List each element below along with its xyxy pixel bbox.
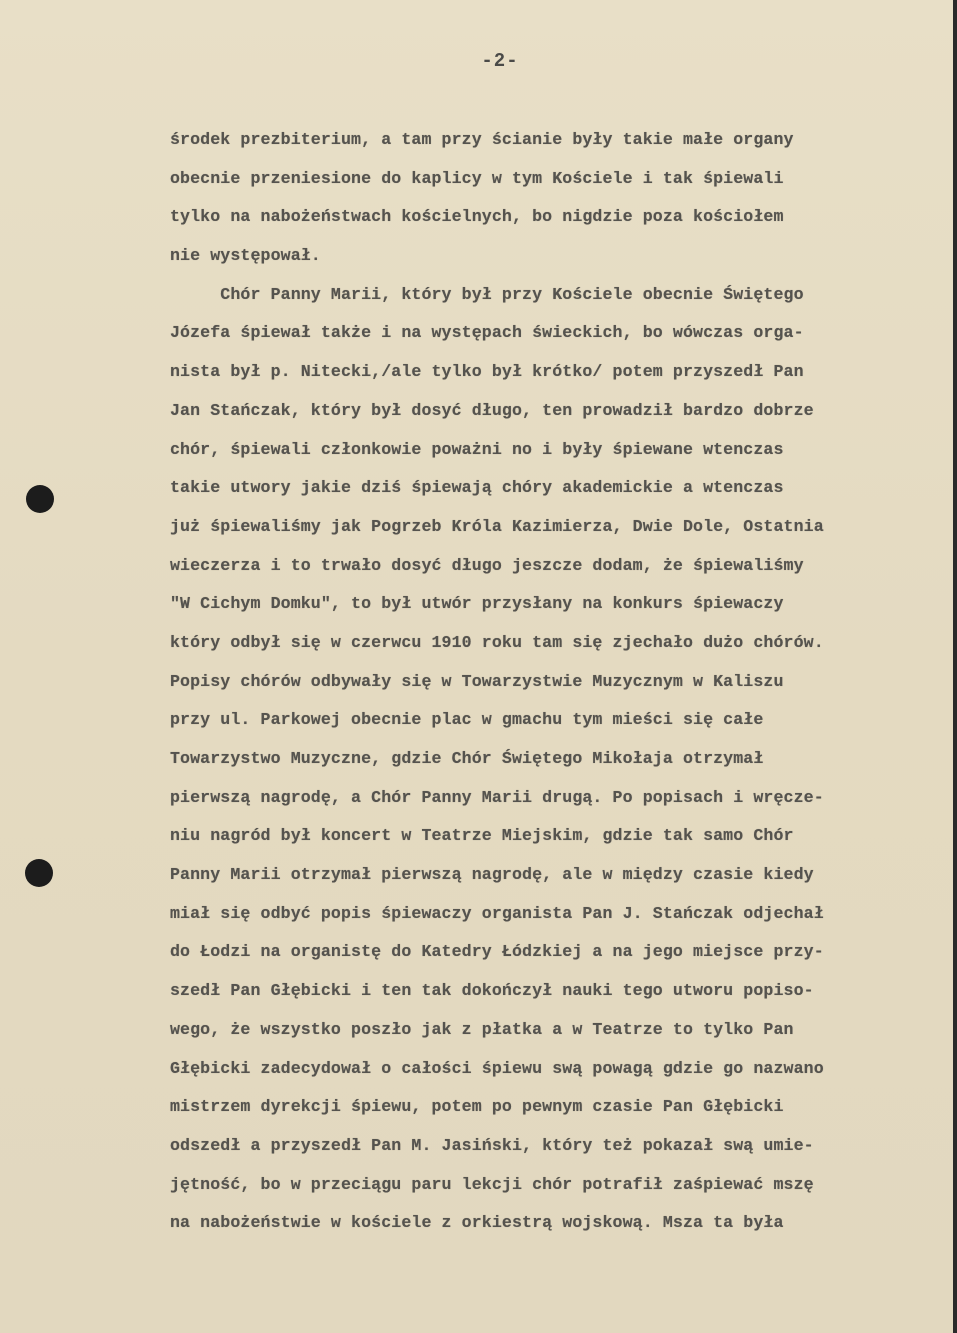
text-line: Jan Stańczak, który był dosyć długo, ten…	[170, 398, 940, 437]
text-line: wieczerza i to trwało dosyć długo jeszcz…	[170, 553, 940, 592]
text-line: Chór Panny Marii, który był przy Kościel…	[170, 282, 940, 321]
text-line: wego, że wszystko poszło jak z płatka a …	[170, 1017, 940, 1056]
text-line: Panny Marii otrzymał pierwszą nagrodę, a…	[170, 862, 940, 901]
text-line: Głębicki zadecydował o całości śpiewu sw…	[170, 1056, 940, 1095]
text-line: nista był p. Nitecki,/ale tylko był krót…	[170, 359, 940, 398]
text-line: takie utwory jakie dziś śpiewają chóry a…	[170, 475, 940, 514]
text-line: Towarzystwo Muzyczne, gdzie Chór Święteg…	[170, 746, 940, 785]
text-line: miał się odbyć popis śpiewaczy organista…	[170, 901, 940, 940]
typewritten-page: -2- środek prezbiterium, a tam przy ścia…	[0, 0, 957, 1333]
text-line: środek prezbiterium, a tam przy ścianie …	[170, 127, 940, 166]
text-line: Popisy chórów odbywały się w Towarzystwi…	[170, 669, 940, 708]
text-line: już śpiewaliśmy jak Pogrzeb Króla Kazimi…	[170, 514, 940, 553]
text-line: "W Cichym Domku", to był utwór przysłany…	[170, 591, 940, 630]
text-line: obecnie przeniesione do kaplicy w tym Ko…	[170, 166, 940, 205]
punch-hole-top	[26, 485, 54, 513]
text-line: pierwszą nagrodę, a Chór Panny Marii dru…	[170, 785, 940, 824]
text-line: przy ul. Parkowej obecnie plac w gmachu …	[170, 707, 940, 746]
text-line: niu nagród był koncert w Teatrze Miejski…	[170, 823, 940, 862]
text-line: chór, śpiewali członkowie poważni no i b…	[170, 437, 940, 476]
page-edge-shadow	[953, 0, 957, 1333]
page-number: -2-	[0, 50, 957, 72]
text-line: który odbył się w czerwcu 1910 roku tam …	[170, 630, 940, 669]
punch-hole-bottom	[25, 859, 53, 887]
text-line: tylko na nabożeństwach kościelnych, bo n…	[170, 204, 940, 243]
text-line: do Łodzi na organistę do Katedry Łódzkie…	[170, 939, 940, 978]
text-line: Józefa śpiewał także i na występach świe…	[170, 320, 940, 359]
text-line: szedł Pan Głębicki i ten tak dokończył n…	[170, 978, 940, 1017]
text-line: jętność, bo w przeciągu paru lekcji chór…	[170, 1172, 940, 1211]
text-line: nie występował.	[170, 243, 940, 282]
text-line: odszedł a przyszedł Pan M. Jasiński, któ…	[170, 1133, 940, 1172]
text-line: na nabożeństwie w kościele z orkiestrą w…	[170, 1210, 940, 1249]
text-line: mistrzem dyrekcji śpiewu, potem po pewny…	[170, 1094, 940, 1133]
document-body: środek prezbiterium, a tam przy ścianie …	[170, 127, 940, 1249]
